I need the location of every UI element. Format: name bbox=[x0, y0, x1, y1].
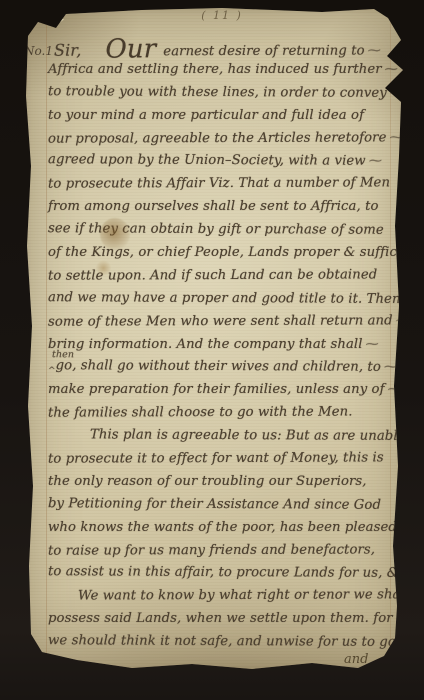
manuscript-line: to prosecute it to effect for want of Mo… bbox=[48, 447, 398, 471]
manuscript-line: who knows the wants of the poor, has bee… bbox=[48, 517, 398, 540]
manuscript-line: Sir,Ourearnest desire of returning to bbox=[48, 35, 398, 59]
manuscript-line: to prosecute this Affair Viz. That a num… bbox=[48, 173, 398, 197]
manuscript-line: by Petitioning for their Assistance And … bbox=[48, 493, 398, 518]
photo-backdrop: { "page": { "page_number": "( 11 )", "fo… bbox=[0, 0, 424, 700]
manuscript-line: bring information. And the company that … bbox=[48, 334, 398, 357]
insertion-word: then bbox=[52, 351, 74, 360]
manuscript-line: to raise up for us many friends and bene… bbox=[48, 539, 398, 563]
manuscript-line: the families shall choose to go with the… bbox=[48, 402, 398, 426]
manuscript-line: Affrica and settling there, has induced … bbox=[48, 59, 398, 82]
catchword: and bbox=[344, 652, 368, 667]
insertion-caret: ^ bbox=[48, 366, 56, 376]
interlinear-insertion: ^thengo, bbox=[48, 359, 77, 374]
manuscript-line: to settle upon. And if such Land can be … bbox=[48, 264, 398, 288]
manuscript-line: the only reason of our troubling our Sup… bbox=[48, 471, 398, 494]
manuscript-line: We want to know by what right or tenor w… bbox=[48, 585, 398, 609]
manuscript-line: This plan is agreeable to us: But as are… bbox=[48, 424, 398, 449]
left-margin-rule bbox=[46, 14, 47, 664]
salutation: Sir, bbox=[54, 41, 82, 60]
manuscript-line: to your mind a more particular and full … bbox=[48, 105, 398, 128]
manuscript-line: make preparation for their families, unl… bbox=[48, 379, 398, 402]
manuscript-line: of the Kings, or chief People, Lands pro… bbox=[48, 242, 398, 265]
opening-word: Our bbox=[105, 34, 156, 64]
manuscript-line: to assist us in this affair, to procure … bbox=[48, 562, 398, 587]
manuscript-line: to trouble you with these lines, in orde… bbox=[48, 81, 398, 106]
page-number: ( 11 ) bbox=[172, 9, 272, 22]
torn-corner bbox=[48, 14, 64, 24]
manuscript-line: possess said Lands, when we settle upon … bbox=[48, 608, 398, 631]
manuscript-line: see if they can obtain by gift or purcha… bbox=[48, 218, 398, 243]
manuscript-line: from among ourselves shall be sent to Af… bbox=[48, 196, 398, 219]
manuscript-line: and we may have a proper and good title … bbox=[48, 287, 398, 312]
manuscript-line: ^thengo, shall go without their wives an… bbox=[48, 356, 398, 381]
manuscript-page: ( 11 ) No.1 Sir,Ourearnest desire of ret… bbox=[22, 6, 408, 674]
manuscript-text: Sir,Ourearnest desire of returning toAff… bbox=[48, 36, 398, 654]
manuscript-line: agreed upon by the Union–Society, with a… bbox=[48, 150, 398, 175]
manuscript-line: our proposal, agreeable to the Articles … bbox=[48, 127, 398, 151]
manuscript-line: some of these Men who were sent shall re… bbox=[48, 310, 398, 334]
